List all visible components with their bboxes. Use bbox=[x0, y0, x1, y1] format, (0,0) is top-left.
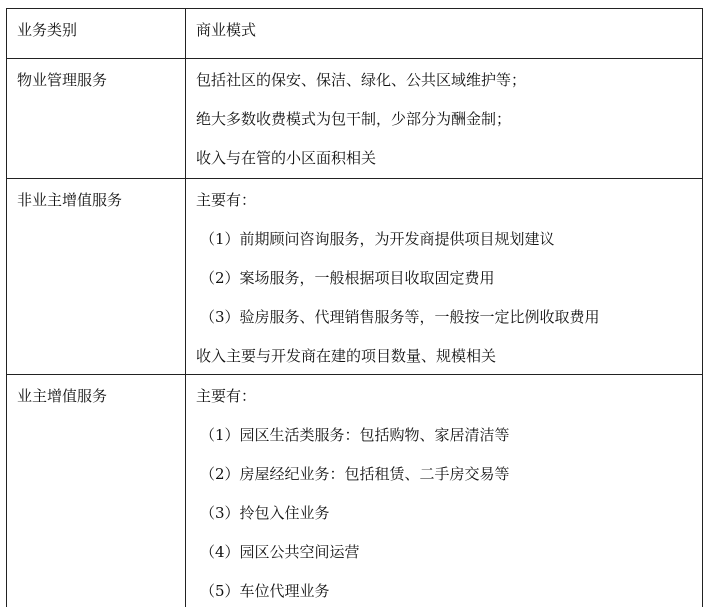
category-label: 业主增值服务 bbox=[17, 385, 185, 424]
table-row: 非业主增值服务 主要有： （1）前期顾问咨询服务，为开发商提供项目规划建议 （2… bbox=[7, 179, 703, 375]
model-line: 主要有： bbox=[196, 189, 702, 228]
category-cell: 物业管理服务 bbox=[7, 59, 186, 179]
model-cell: 包括社区的保安、保洁、绿化、公共区域维护等； 绝大多数收费模式为包干制，少部分为… bbox=[186, 59, 703, 179]
model-line: （3）验房服务、代理销售服务等，一般按一定比例收取费用 bbox=[196, 306, 702, 345]
category-label: 物业管理服务 bbox=[17, 69, 185, 108]
header-cell-model: 商业模式 bbox=[186, 9, 703, 59]
model-line: （5）车位代理业务 bbox=[196, 580, 702, 606]
header-cell-category: 业务类别 bbox=[7, 9, 186, 59]
model-line: 包括社区的保安、保洁、绿化、公共区域维护等； bbox=[196, 69, 702, 108]
category-cell: 业主增值服务 bbox=[7, 375, 186, 607]
category-cell: 非业主增值服务 bbox=[7, 179, 186, 375]
model-line: 收入主要与开发商在建的项目数量、规模相关 bbox=[196, 345, 702, 371]
model-line: 收入与在管的小区面积相关 bbox=[196, 147, 702, 173]
model-line: （4）园区公共空间运营 bbox=[196, 541, 702, 580]
table-row: 物业管理服务 包括社区的保安、保洁、绿化、公共区域维护等； 绝大多数收费模式为包… bbox=[7, 59, 703, 179]
table-row: 业主增值服务 主要有： （1）园区生活类服务：包括购物、家居清洁等 （2）房屋经… bbox=[7, 375, 703, 607]
header-label: 业务类别 bbox=[17, 19, 185, 58]
business-model-table: 业务类别 商业模式 物业管理服务 包括社区的保安、保洁、绿化、公共区域维护等； … bbox=[6, 8, 703, 607]
table-header-row: 业务类别 商业模式 bbox=[7, 9, 703, 59]
model-line: （3）拎包入住业务 bbox=[196, 502, 702, 541]
model-line: （2）房屋经纪业务：包括租赁、二手房交易等 bbox=[196, 463, 702, 502]
category-label: 非业主增值服务 bbox=[17, 189, 185, 228]
model-line: 主要有： bbox=[196, 385, 702, 424]
model-cell: 主要有： （1）园区生活类服务：包括购物、家居清洁等 （2）房屋经纪业务：包括租… bbox=[186, 375, 703, 607]
model-line: （2）案场服务，一般根据项目收取固定费用 bbox=[196, 267, 702, 306]
model-line: 绝大多数收费模式为包干制，少部分为酬金制； bbox=[196, 108, 702, 147]
model-cell: 主要有： （1）前期顾问咨询服务，为开发商提供项目规划建议 （2）案场服务，一般… bbox=[186, 179, 703, 375]
model-line: （1）园区生活类服务：包括购物、家居清洁等 bbox=[196, 424, 702, 463]
header-label: 商业模式 bbox=[196, 19, 702, 58]
model-line: （1）前期顾问咨询服务，为开发商提供项目规划建议 bbox=[196, 228, 702, 267]
